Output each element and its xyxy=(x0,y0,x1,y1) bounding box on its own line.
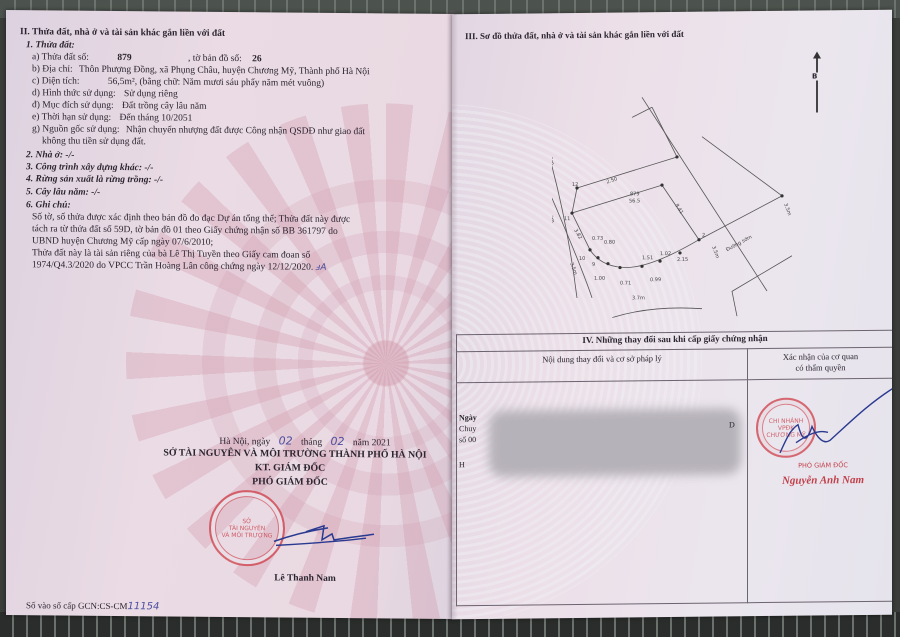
svg-text:1.51: 1.51 xyxy=(642,255,653,261)
north-arrow-icon xyxy=(816,56,818,112)
usage-term-value: Đến tháng 10/2051 xyxy=(120,113,193,124)
svg-text:11: 11 xyxy=(564,216,570,222)
svg-text:2: 2 xyxy=(702,233,705,239)
svg-text:0.71: 0.71 xyxy=(620,280,631,286)
perennial-trees-row: 5. Cây lâu năm: -/- xyxy=(26,186,100,199)
svg-text:2.50: 2.50 xyxy=(606,176,618,185)
date-day: 02 xyxy=(279,434,293,447)
certificate-left-page: II. Thửa đất, nhà ở và tài sản khác gắn … xyxy=(6,10,454,619)
entry-fragment-date: Ngày xyxy=(459,413,477,422)
svg-text:3.82: 3.82 xyxy=(572,228,583,241)
svg-text:3.5m: 3.5m xyxy=(568,262,578,276)
register-number-row: Số vào sổ cấp GCN:CS-CM11154 xyxy=(26,599,159,613)
svg-text:0.73: 0.73 xyxy=(592,236,603,242)
parcel-number-label: 879 xyxy=(630,191,640,197)
confirmation-cell: CHI NHÁNH VPĐK CHƯƠNG MỸ PHÓ GIÁM ĐỐC Ng… xyxy=(748,378,893,603)
entry-fragment-h: H xyxy=(459,460,465,469)
parcel-number-value: 879 xyxy=(117,53,131,63)
confirmation-header-line-2: có thẩm quyền xyxy=(749,362,892,374)
register-label: Số vào sổ cấp GCN:CS-CM xyxy=(26,600,128,611)
house-row: 2. Nhà ở: -/- xyxy=(26,149,74,162)
usage-term-label: e) Thời hạn sử dụng: xyxy=(32,112,111,123)
svg-text:12: 12 xyxy=(572,182,578,188)
usage-origin-value: Nhận chuyển nhượng đất được Công nhận QS… xyxy=(126,125,365,137)
date-prefix: Hà Nội, ngày xyxy=(219,437,270,447)
date-month: 02 xyxy=(331,435,345,448)
address-label: b) Địa chỉ: xyxy=(32,64,73,74)
svg-text:3.7m: 3.7m xyxy=(632,295,645,301)
area-label: c) Diện tích: xyxy=(32,76,79,86)
north-label: B xyxy=(811,72,818,80)
svg-text:9: 9 xyxy=(592,262,595,268)
column-header-confirmation: Xác nhận của cơ quan có thẩm quyền xyxy=(748,347,893,380)
change-entry-cell: Ngày Chuy số 00 H D xyxy=(457,380,748,606)
notes-line-5: 1974/Q4.3/2020 do VPCC Trần Hoàng Lân cô… xyxy=(32,259,327,274)
date-year: năm 2021 xyxy=(353,438,391,448)
confirm-title: PHÓ GIÁM ĐỐC xyxy=(748,461,892,471)
svg-text:0.99: 0.99 xyxy=(650,277,661,283)
deputy-director-title: PHÓ GIÁM ĐỐC xyxy=(6,474,454,489)
area-value: 56,5m², (bằng chữ: Năm mươi sáu phẩy năm… xyxy=(108,77,324,89)
page-crease xyxy=(446,10,458,620)
usage-form-label: d) Hình thức sử dụng: xyxy=(32,88,116,99)
signer-name: Lê Thanh Nam xyxy=(6,571,454,585)
svg-text:10: 10 xyxy=(579,256,585,262)
svg-text:3.5m: 3.5m xyxy=(552,152,555,166)
svg-text:Đường sớm: Đường sớm xyxy=(725,233,754,253)
redacted-change-content xyxy=(489,408,741,477)
handwritten-mark: ⅎA xyxy=(316,263,327,273)
usage-origin-value-cont: không thu tiền sử dụng đất. xyxy=(42,135,146,148)
parcel-area-label: 56.5 xyxy=(629,198,640,204)
usage-form-value: Sử dụng riêng xyxy=(124,89,178,99)
notes-heading: 6. Ghi chú: xyxy=(26,199,71,212)
svg-text:8.41: 8.41 xyxy=(673,203,684,216)
changes-table: IV. Những thay đổi sau khi cấp giấy chứn… xyxy=(456,330,892,607)
usage-purpose-label: đ) Mục đích sử dụng: xyxy=(32,100,114,111)
svg-text:0.80: 0.80 xyxy=(604,240,615,246)
stamp-line-3: VÀ MÔI TRƯỜNG xyxy=(222,531,273,538)
column-header-changes: Nội dung thay đổi và cơ sở pháp lý xyxy=(457,349,748,383)
section-3-title: III. Sơ đồ thửa đất, nhà ở và tài sản kh… xyxy=(465,28,684,42)
notes-line-5-text: 1974/Q4.3/2020 do VPCC Trần Hoàng Lân cô… xyxy=(32,260,313,272)
signature-lethanhnam xyxy=(266,517,376,553)
kt-director-title: KT. GIÁM ĐỐC xyxy=(6,460,454,475)
entry-fragment-transfer: Chuy xyxy=(459,424,476,433)
date-month-label: tháng xyxy=(301,438,322,448)
usage-purpose-value: Đất trồng cây lâu năm xyxy=(122,101,206,112)
usage-origin-label: g) Nguồn gốc sử dụng: xyxy=(32,124,119,135)
confirm-signer: Nguyễn Anh Nam xyxy=(748,474,892,488)
parcel-number-label: a) Thửa đất số: xyxy=(32,52,89,62)
register-number: 11154 xyxy=(128,601,160,612)
production-forest-row: 4. Rừng sản xuất là rừng trồng: -/- xyxy=(26,173,163,186)
svg-text:2.15: 2.15 xyxy=(677,257,688,263)
svg-text:3.5m: 3.5m xyxy=(782,202,792,216)
svg-text:1.00: 1.00 xyxy=(594,276,605,282)
map-sheet-label: , tờ bản đồ số: xyxy=(188,54,242,64)
entry-fragment-number: số 00 xyxy=(459,435,476,444)
svg-text:1.02: 1.02 xyxy=(660,251,671,257)
section-2-title: II. Thửa đất, nhà ở và tài sản khác gắn … xyxy=(20,26,225,40)
certificate-right-page: III. Sơ đồ thửa đất, nhà ở và tài sản kh… xyxy=(452,10,892,620)
land-parcel-heading: 1. Thửa đất: xyxy=(26,39,75,52)
parcel-diagram: 879 56.5 2.50 8.41 3.82 0.73 0.80 1.51 1… xyxy=(552,76,812,319)
signature-nguyenanhnam xyxy=(768,384,892,460)
map-sheet-value: 26 xyxy=(252,54,262,64)
svg-text:3.5m: 3.5m xyxy=(710,245,720,259)
